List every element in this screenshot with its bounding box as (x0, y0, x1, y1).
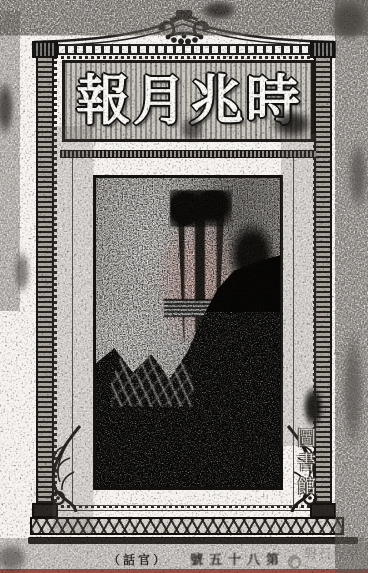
magazine-cover-scan: 報 月 兆 時 (0, 0, 368, 573)
watermark-circle-logo-icon (288, 555, 301, 569)
pilaster-capital-right (310, 41, 336, 58)
noise-smudge (348, 140, 368, 210)
noise-smudge (14, 250, 30, 294)
noise-smudge (201, 1, 237, 20)
noise-smudge (180, 116, 204, 142)
base-guilloche-rail (30, 517, 344, 535)
issue-number-label: 號五十八第 (190, 549, 285, 568)
title-char-yue: 月 (133, 74, 187, 128)
collection-seal: 圖書館 (290, 428, 314, 506)
noise-smudge (342, 330, 364, 450)
cover-photo-frame (93, 175, 283, 490)
noise-smudge (303, 386, 323, 428)
title-char-bao: 報 (76, 74, 130, 128)
acanthus-scroll-left (36, 424, 86, 520)
pilaster-capital-left (32, 41, 58, 58)
noise-smudge (330, 0, 368, 40)
noise-smudge (0, 80, 14, 136)
edition-label: （話官） (108, 551, 168, 568)
photo-grain-overlay (96, 178, 280, 487)
noise-smudge (271, 110, 313, 138)
bottom-red-rule (0, 569, 368, 573)
noise-smudge (0, 543, 28, 573)
mid-rail-band (60, 150, 316, 158)
